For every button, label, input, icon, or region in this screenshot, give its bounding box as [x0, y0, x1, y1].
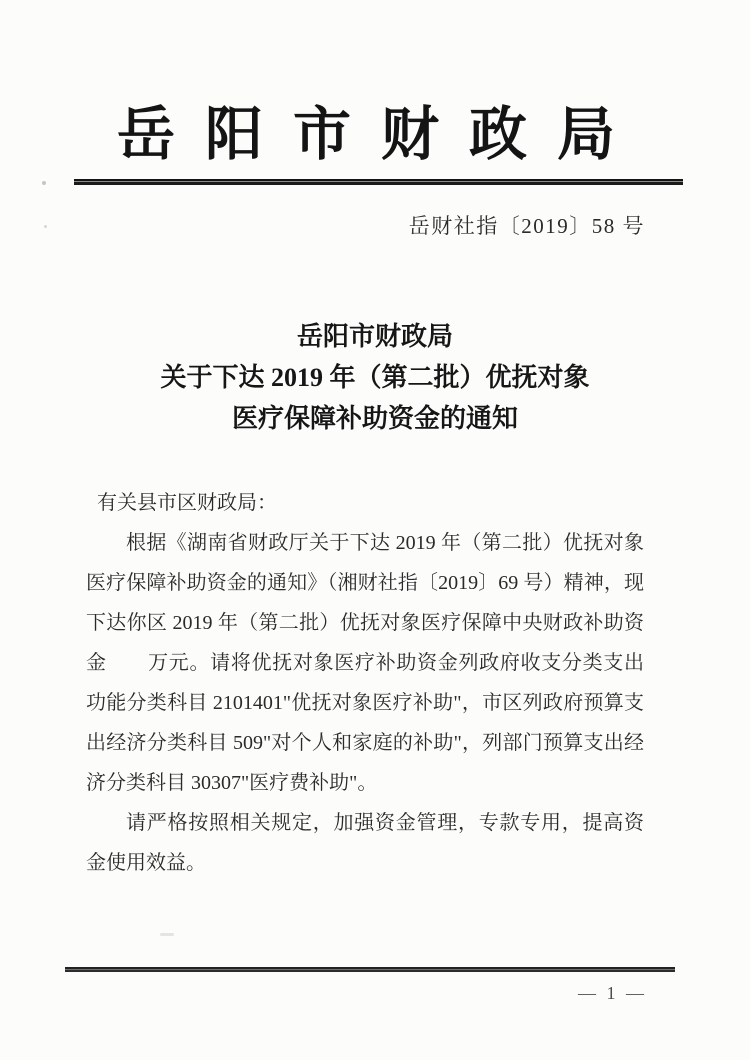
agency-masthead: 岳阳市财政局 [0, 100, 750, 170]
body-line: 请严格按照相关规定，加强资金管理，专款专用，提高资 [86, 803, 644, 843]
body-line: 金使用效益。 [86, 843, 644, 883]
salutation-line: 有关县市区财政局： [86, 483, 644, 523]
body-line: 根据《湖南省财政厅关于下达 2019 年（第二批）优抚对象 [86, 523, 644, 563]
page-number: — 1 — [578, 983, 647, 1004]
title-line: 医疗保障补助资金的通知 [0, 398, 750, 439]
masthead-rule [74, 179, 683, 185]
body-line: 下达你区 2019 年（第二批）优抚对象医疗保障中央财政补助资 [86, 603, 644, 643]
scan-artifact [44, 225, 47, 228]
title-line: 岳阳市财政局 [0, 316, 750, 357]
body-line: 出经济分类科目 509"对个人和家庭的补助"，列部门预算支出经 [86, 723, 644, 763]
scan-artifact [160, 933, 174, 936]
scanned-document-page: 岳阳市财政局 岳财社指〔2019〕58 号 岳阳市财政局 关于下达 2019 年… [0, 0, 750, 1060]
scan-artifact [42, 181, 46, 185]
footer-rule [65, 967, 675, 972]
body-line: 济分类科目 30307"医疗费补助"。 [86, 763, 644, 803]
doc-reference-number: 岳财社指〔2019〕58 号 [409, 210, 645, 240]
body-line: 功能分类科目 2101401"优抚对象医疗补助"，市区列政府预算支 [86, 683, 644, 723]
title-line: 关于下达 2019 年（第二批）优抚对象 [0, 357, 750, 398]
body-line: 金 万元。请将优抚对象医疗补助资金列政府收支分类支出 [86, 643, 644, 683]
document-title: 岳阳市财政局 关于下达 2019 年（第二批）优抚对象 医疗保障补助资金的通知 [0, 316, 750, 439]
document-body: 有关县市区财政局： 根据《湖南省财政厅关于下达 2019 年（第二批）优抚对象 … [86, 483, 644, 883]
body-line: 医疗保障补助资金的通知》（湘财社指〔2019〕69 号）精神，现 [86, 563, 644, 603]
